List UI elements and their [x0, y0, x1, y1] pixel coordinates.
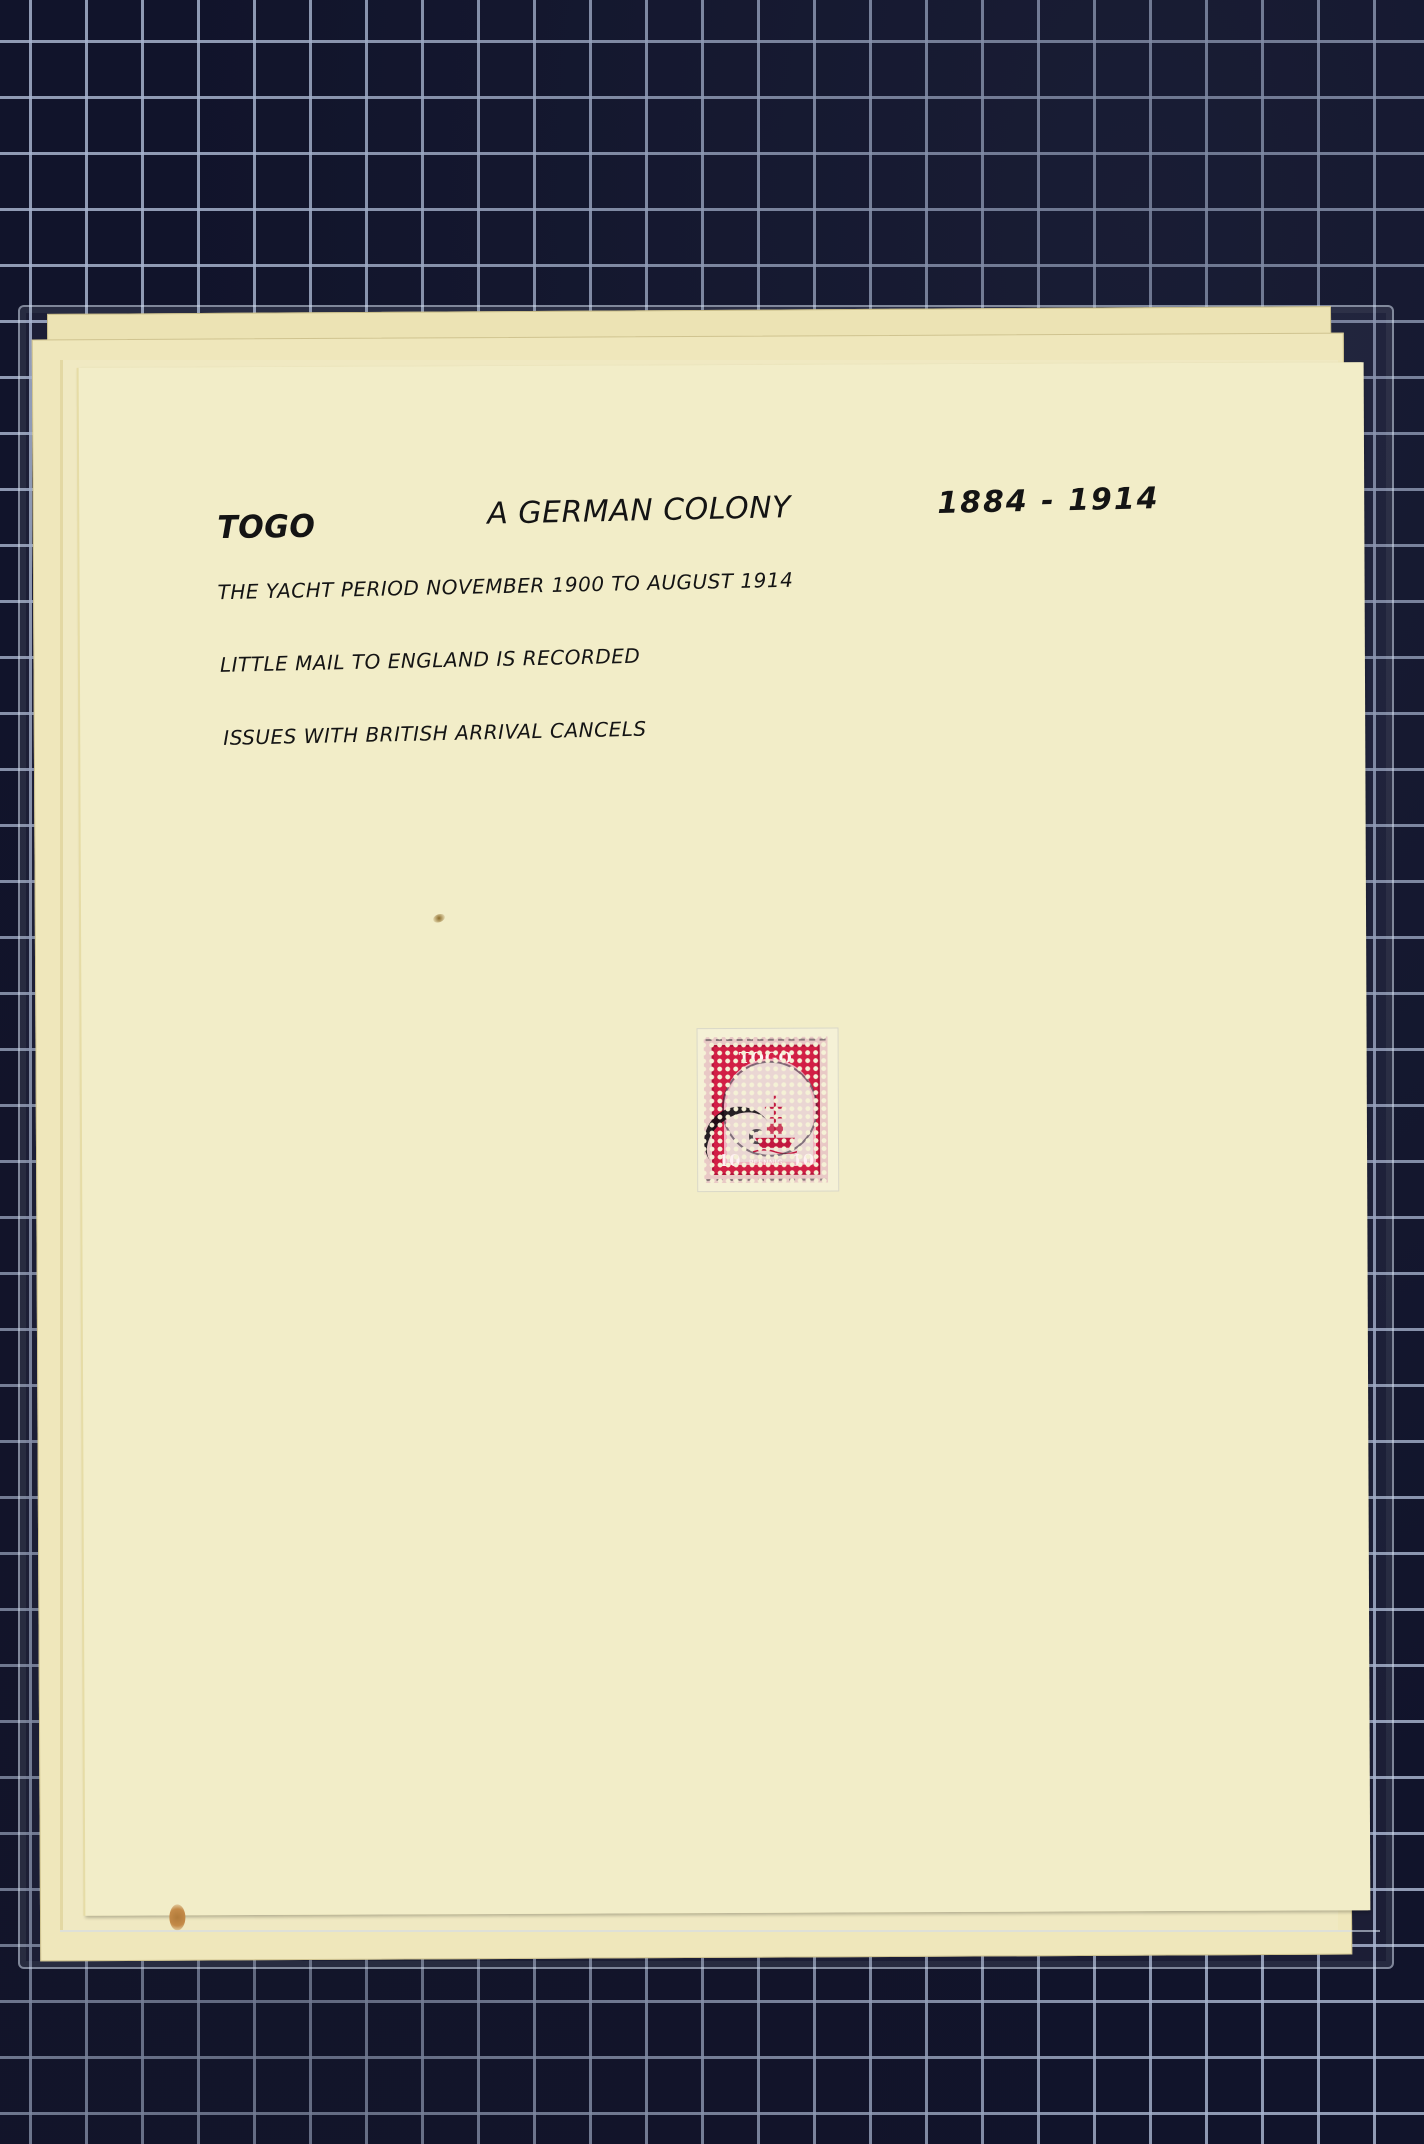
note-line-1: THE YACHT PERIOD NOVEMBER 1900 TO AUGUST… [217, 568, 793, 605]
postmark-letter: C [748, 1125, 763, 1149]
page-subtitle: A GERMAN COLONY [487, 490, 791, 532]
stamp-value-right: 10 [792, 1151, 814, 1170]
page-country-title: TOGO [217, 508, 316, 546]
stamp-mount: TOGO 10 PFENNIG 10 [697, 1028, 840, 1193]
sleeve-bottom-edge [60, 1930, 1380, 1932]
stamp: TOGO 10 PFENNIG 10 [704, 1037, 829, 1184]
note-line-2: LITTLE MAIL TO ENGLAND IS RECORDED [220, 644, 641, 677]
cancel-bars-top [706, 1039, 826, 1052]
note-line-3: ISSUES WITH BRITISH ARRIVAL CANCELS [223, 717, 647, 750]
album-page: TOGO A GERMAN COLONY 1884 - 1914 THE YAC… [79, 362, 1371, 1916]
paper-stain-small [432, 912, 446, 924]
paper-stain-large [169, 1904, 185, 1930]
page-dates: 1884 - 1914 [937, 481, 1160, 521]
